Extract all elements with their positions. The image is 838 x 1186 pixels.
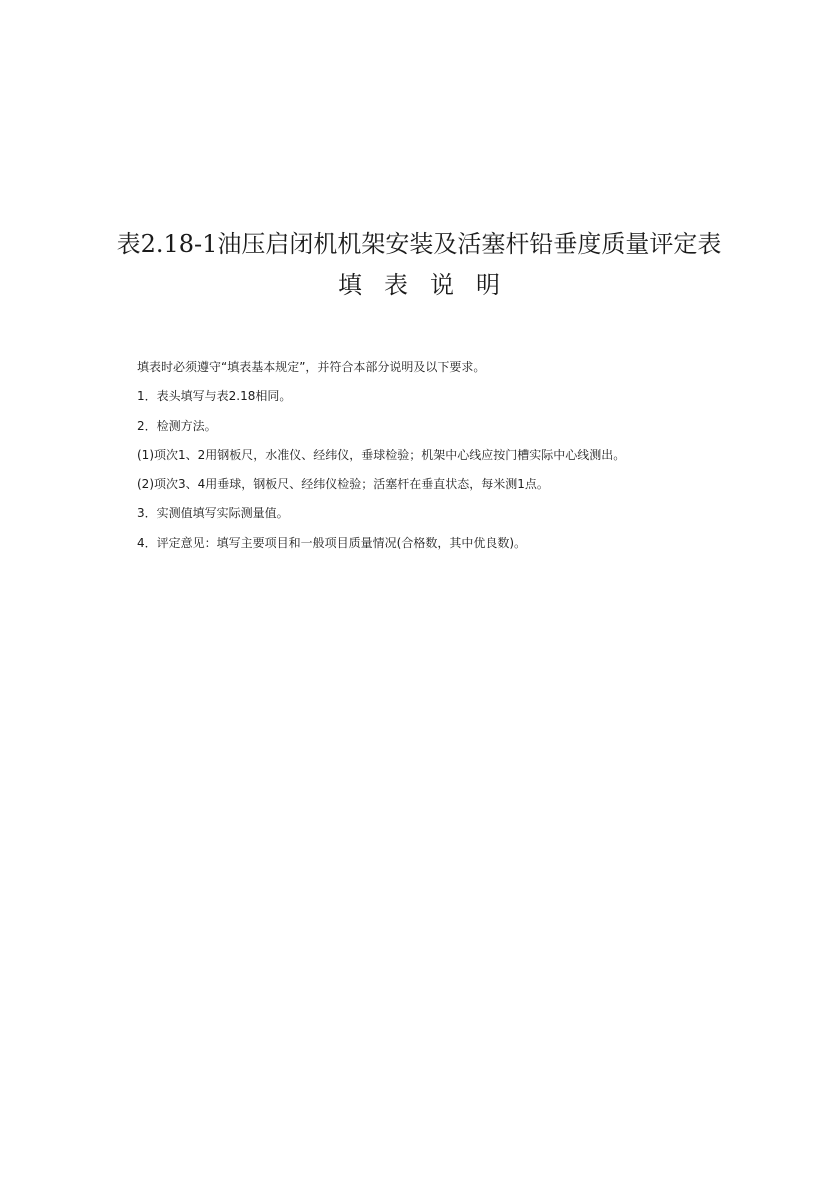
instruction-intro: 填表时必须遵守“填表基本规定”，并符合本部分说明及以下要求。 [137, 358, 737, 387]
instruction-item-2-1: (1)项次1、2用钢板尺，水准仪、经纬仪，垂球检验；机架中心线应按门槽实际中心线… [137, 446, 737, 475]
instruction-item-2-2: (2)项次3、4用垂球，钢板尺、经纬仪检验；活塞杆在垂直状态，每米测1点。 [137, 475, 737, 504]
instruction-item-4: 4．评定意见：填写主要项目和一般项目质量情况(合格数，其中优良数)。 [137, 534, 737, 563]
instruction-item-2: 2．检测方法。 [137, 417, 737, 446]
instruction-item-3: 3．实测值填写实际测量值。 [137, 504, 737, 533]
page-title: 表2.18-1油压启闭机机架安装及活塞杆铅垂度质量评定表 [0, 228, 838, 260]
instructions-list: 填表时必须遵守“填表基本规定”，并符合本部分说明及以下要求。 1．表头填写与表2… [137, 358, 737, 563]
instruction-item-1: 1．表头填写与表2.18相同。 [137, 387, 737, 416]
page-subtitle: 填表说明 [0, 268, 838, 302]
